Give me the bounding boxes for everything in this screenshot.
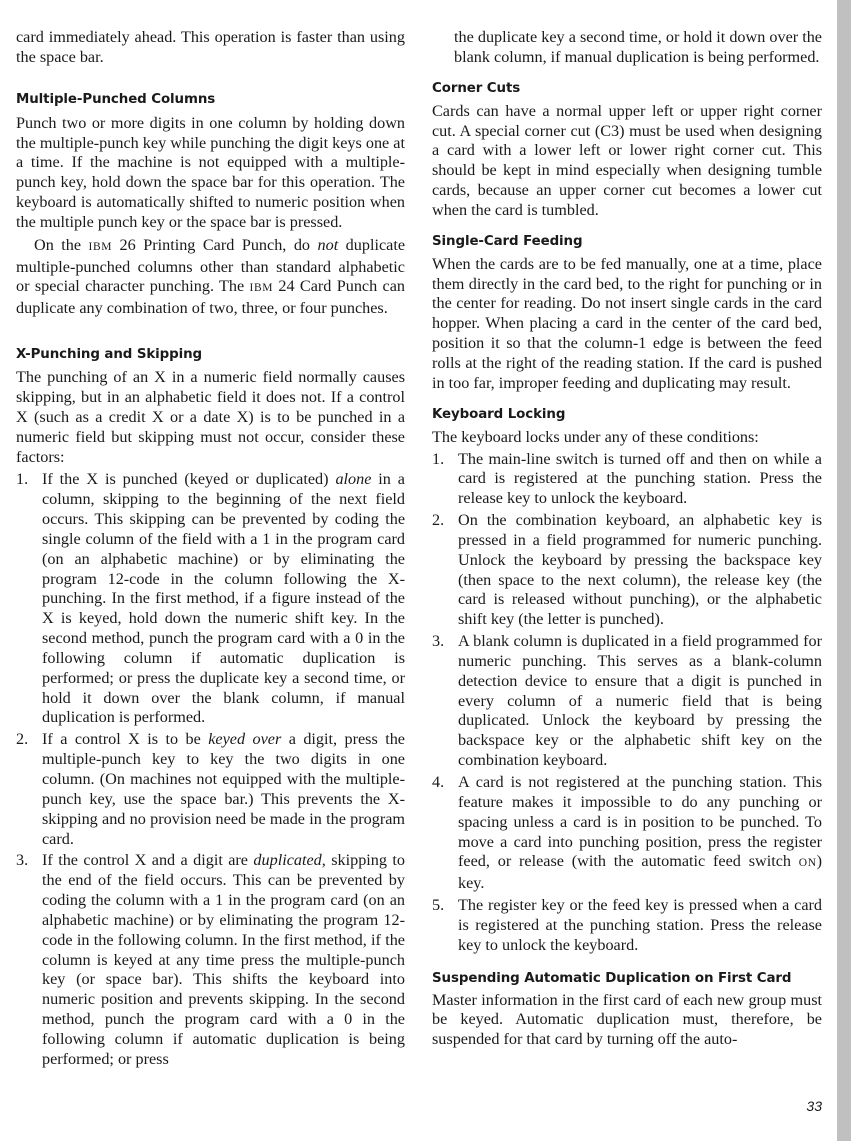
- heading-suspending-automatic-duplication: Suspending Automatic Duplication on Firs…: [432, 970, 822, 988]
- continuation-paragraph: card immediately ahead. This operation i…: [16, 28, 405, 68]
- paragraph: Punch two or more digits in one column b…: [16, 114, 405, 233]
- paragraph: When the cards are to be fed manually, o…: [432, 255, 822, 394]
- heading-single-card-feeding: Single-Card Feeding: [432, 233, 822, 251]
- page-edge-bar: [837, 0, 851, 1141]
- paragraph: Cards can have a normal upper left or up…: [432, 102, 822, 221]
- left-column: card immediately ahead. This operation i…: [16, 0, 405, 1070]
- continuation-paragraph: the duplicate key a second time, or hold…: [432, 28, 822, 68]
- list-item: 3. A blank column is duplicated in a fie…: [432, 632, 822, 771]
- right-column: the duplicate key a second time, or hold…: [432, 0, 822, 1050]
- heading-multiple-punched-columns: Multiple-Punched Columns: [16, 91, 405, 109]
- heading-corner-cuts: Corner Cuts: [432, 80, 822, 98]
- paragraph: Master information in the first card of …: [432, 991, 822, 1051]
- paragraph: The keyboard locks under any of these co…: [432, 428, 822, 448]
- list-item: 2. If a control X is to be keyed over a …: [16, 730, 405, 849]
- list-item: 1. If the X is punched (keyed or duplica…: [16, 470, 405, 728]
- paragraph: On the ibm 26 Printing Card Punch, do no…: [16, 236, 405, 319]
- list-item: 4. A card is not registered at the punch…: [432, 773, 822, 894]
- list-item: 2. On the combination keyboard, an alpha…: [432, 511, 822, 630]
- list-item: 1. The main-line switch is turned off an…: [432, 450, 822, 510]
- heading-x-punching-and-skipping: X-Punching and Skipping: [16, 346, 405, 364]
- paragraph: The punching of an X in a numeric field …: [16, 368, 405, 467]
- page-number: 33: [790, 1098, 822, 1114]
- list-item: 3. If the control X and a digit are dupl…: [16, 851, 405, 1069]
- list-item: 5. The register key or the feed key is p…: [432, 896, 822, 956]
- heading-keyboard-locking: Keyboard Locking: [432, 406, 822, 424]
